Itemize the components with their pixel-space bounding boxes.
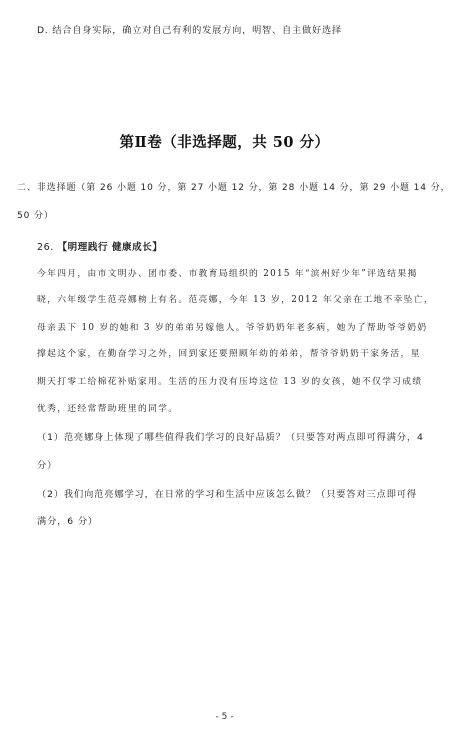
section-title: 第Ⅱ卷（非选择题，共 50 分）	[0, 131, 449, 152]
instructions-line-2: 50 分）	[17, 208, 54, 221]
question-26-heading: 26. 【明理践行 健康成长】	[37, 239, 162, 253]
page-number: - 5 -	[0, 712, 449, 722]
passage-line: 优秀，还经常帮助班里的同学。	[37, 401, 178, 414]
subquestion-1-line-1: （1）范亮娜身上体现了哪些值得我们学习的良好品质？（只要答对两点即可得满分，4	[37, 429, 424, 443]
passage-line: 期天打零工给棉花补贴家用。生活的压力没有压垮这位 13 岁的女孩，她不仅学习成绩	[37, 374, 422, 387]
question-number: 26.	[37, 242, 54, 253]
question-title: 【明理践行 健康成长】	[58, 242, 163, 253]
passage-line: 晓，六年级学生范亮娜榜上有名。范亮娜，今年 13 岁，2012 年父亲在工地不幸…	[37, 292, 434, 305]
option-d: D. 结合自身实际，确立对自己有利的发展方向，明智、自主做好选择	[37, 22, 342, 36]
passage-line: 今年四月，由市文明办、团市委、市教育局组织的 2015 年“滨州好少年”评选结果…	[37, 266, 418, 279]
passage-line: 撑起这个家，在勤奋学习之外，回到家还要照顾年幼的弟弟，帮爷爷奶奶干家务活，星	[37, 346, 421, 359]
subquestion-2-line-1: （2）我们向范亮娜学习，在日常的学习和生活中应该怎么做？（只要答对三点即可得	[37, 486, 417, 500]
subquestion-1-line-2: 分）	[37, 457, 57, 471]
passage-line: 母亲丢下 10 岁的她和 3 岁的弟弟另嫁他人。爷爷奶奶年老多病，她为了帮助爷爷…	[37, 320, 427, 333]
instructions-line-1: 二、非选择题（第 26 小题 10 分，第 27 小题 12 分，第 28 小题…	[17, 180, 449, 193]
subquestion-2-line-2: 满分，6 分）	[37, 513, 98, 527]
